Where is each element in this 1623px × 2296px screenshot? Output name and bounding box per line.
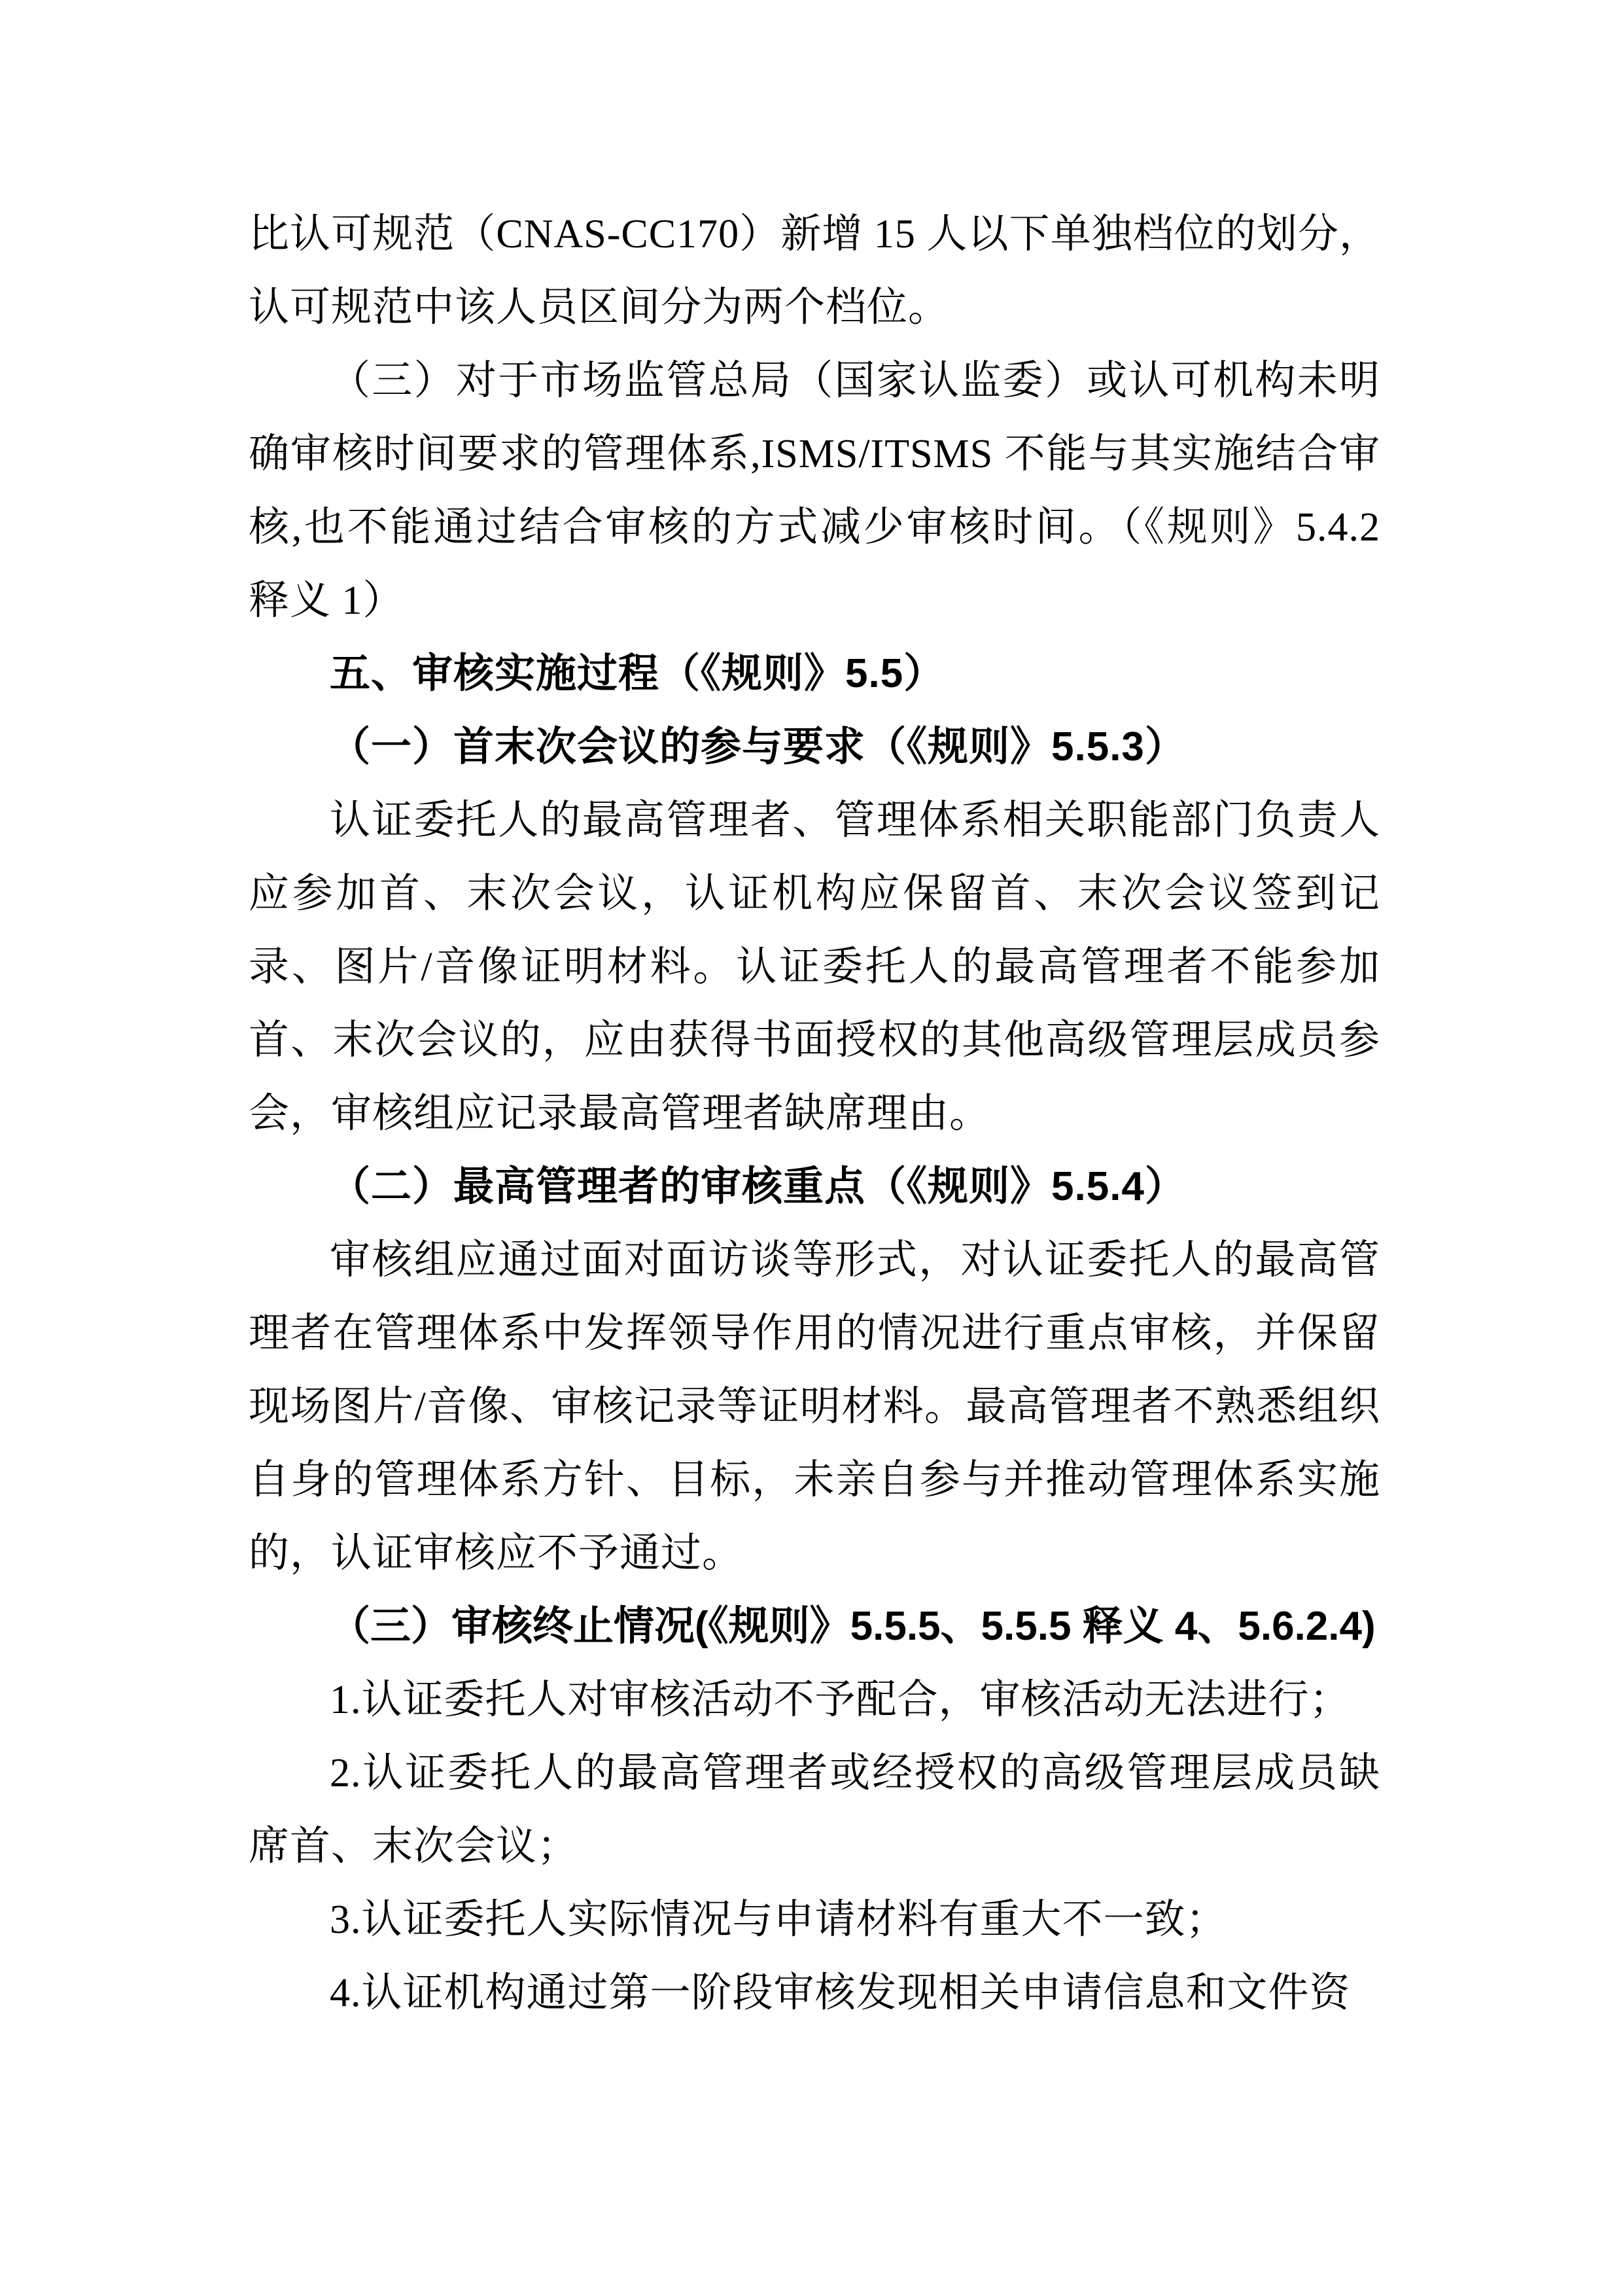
para-top-management-audit-detail: 审核组应通过面对面访谈等形式，对认证委托人的最高管理者在管理体系中发挥领导作用的…: [249, 1224, 1380, 1590]
heading-subsection-two-top-management-focus: （二）最高管理者的审核重点（《规则》5.5.4）: [249, 1150, 1380, 1224]
list-item-2-absent-meetings: 2.认证委托人的最高管理者或经授权的高级管理层成员缺席首、末次会议；: [249, 1737, 1380, 1883]
document-page: 比认可规范（CNAS-CC170）新增 15 人以下单独档位的划分，认可规范中该…: [0, 0, 1623, 2296]
list-item-1-no-cooperation: 1.认证委托人对审核活动不予配合，审核活动无法进行；: [249, 1663, 1380, 1737]
heading-section-five-audit-implementation: 五、审核实施过程（《规则》5.5）: [249, 637, 1380, 711]
heading-subsection-three-audit-termination: （三）审核终止情况(《规则》5.5.5、5.5.5 释义 4、5.6.2.4): [249, 1590, 1380, 1663]
para-accreditation-spec-continuation: 比认可规范（CNAS-CC170）新增 15 人以下单独档位的划分，认可规范中该…: [249, 198, 1380, 344]
heading-subsection-one-meeting-participation: （一）首末次会议的参与要求（《规则》5.5.3）: [249, 711, 1380, 784]
list-item-4-stage-one-findings: 4.认证机构通过第一阶段审核发现相关申请信息和文件资: [249, 1956, 1380, 2030]
list-item-3-material-inconsistency: 3.认证委托人实际情况与申请材料有重大不一致；: [249, 1883, 1380, 1956]
para-first-last-meeting-requirements: 认证委托人的最高管理者、管理体系相关职能部门负责人应参加首、末次会议，认证机构应…: [249, 784, 1380, 1150]
para-item-three-combined-audit: （三）对于市场监管总局（国家认监委）或认可机构未明确审核时间要求的管理体系,IS…: [249, 344, 1380, 637]
